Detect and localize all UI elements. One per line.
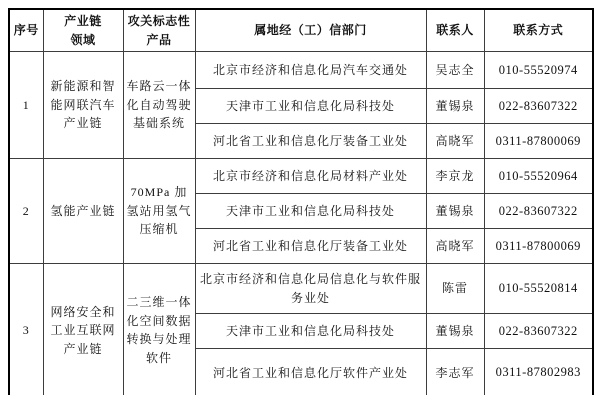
phone-cell: 022-83607322 — [484, 194, 593, 229]
contact-cell: 李京龙 — [426, 159, 484, 194]
phone-cell: 0311-87800069 — [484, 124, 593, 159]
contact-cell: 董锡泉 — [426, 89, 484, 124]
seq-cell: 2 — [9, 159, 43, 264]
contact-cell: 高晓军 — [426, 124, 484, 159]
table-row: 3 网络安全和工业互联网产业链 二三维一体化空间数据转换与处理软件 北京市经济和… — [9, 264, 593, 314]
phone-cell: 010-55520974 — [484, 52, 593, 89]
phone-cell: 010-55520964 — [484, 159, 593, 194]
seq-cell: 1 — [9, 52, 43, 159]
header-field: 产业链 领域 — [43, 9, 123, 52]
field-cell: 氢能产业链 — [43, 159, 123, 264]
contact-cell: 高晓军 — [426, 229, 484, 264]
dept-cell: 河北省工业和信息化厅软件产业处 — [195, 349, 426, 395]
contact-cell: 李志军 — [426, 349, 484, 395]
header-contact: 联系人 — [426, 9, 484, 52]
phone-cell: 022-83607322 — [484, 314, 593, 349]
contact-cell: 董锡泉 — [426, 314, 484, 349]
header-product: 攻关标志性 产品 — [123, 9, 195, 52]
table-row: 2 氢能产业链 70MPa 加氢站用氢气压缩机 北京市经济和信息化局材料产业处 … — [9, 159, 593, 194]
dept-cell: 河北省工业和信息化厅装备工业处 — [195, 229, 426, 264]
phone-cell: 0311-87802983 — [484, 349, 593, 395]
table-header-row: 序号 产业链 领域 攻关标志性 产品 属地经（工）信部门 联系人 联系方式 — [9, 9, 593, 52]
contact-cell: 董锡泉 — [426, 194, 484, 229]
dept-cell: 天津市工业和信息化局科技处 — [195, 89, 426, 124]
table-row: 1 新能源和智能网联汽车产业链 车路云一体化自动驾驶基础系统 北京市经济和信息化… — [9, 52, 593, 89]
product-cell: 二三维一体化空间数据转换与处理软件 — [123, 264, 195, 395]
document-page: 序号 产业链 领域 攻关标志性 产品 属地经（工）信部门 联系人 联系方式 1 … — [0, 0, 599, 395]
phone-cell: 022-83607322 — [484, 89, 593, 124]
phone-cell: 0311-87800069 — [484, 229, 593, 264]
dept-cell: 北京市经济和信息化局汽车交通处 — [195, 52, 426, 89]
contact-cell: 陈雷 — [426, 264, 484, 314]
industry-chain-contact-table: 序号 产业链 领域 攻关标志性 产品 属地经（工）信部门 联系人 联系方式 1 … — [8, 8, 594, 395]
contact-cell: 吴志全 — [426, 52, 484, 89]
header-phone: 联系方式 — [484, 9, 593, 52]
header-dept: 属地经（工）信部门 — [195, 9, 426, 52]
phone-cell: 010-55520814 — [484, 264, 593, 314]
product-cell: 70MPa 加氢站用氢气压缩机 — [123, 159, 195, 264]
dept-cell: 天津市工业和信息化局科技处 — [195, 314, 426, 349]
header-seq: 序号 — [9, 9, 43, 52]
seq-cell: 3 — [9, 264, 43, 395]
product-cell: 车路云一体化自动驾驶基础系统 — [123, 52, 195, 159]
dept-cell: 北京市经济和信息化局信息化与软件服务业处 — [195, 264, 426, 314]
dept-cell: 北京市经济和信息化局材料产业处 — [195, 159, 426, 194]
dept-cell: 河北省工业和信息化厅装备工业处 — [195, 124, 426, 159]
dept-cell: 天津市工业和信息化局科技处 — [195, 194, 426, 229]
field-cell: 网络安全和工业互联网产业链 — [43, 264, 123, 395]
field-cell: 新能源和智能网联汽车产业链 — [43, 52, 123, 159]
